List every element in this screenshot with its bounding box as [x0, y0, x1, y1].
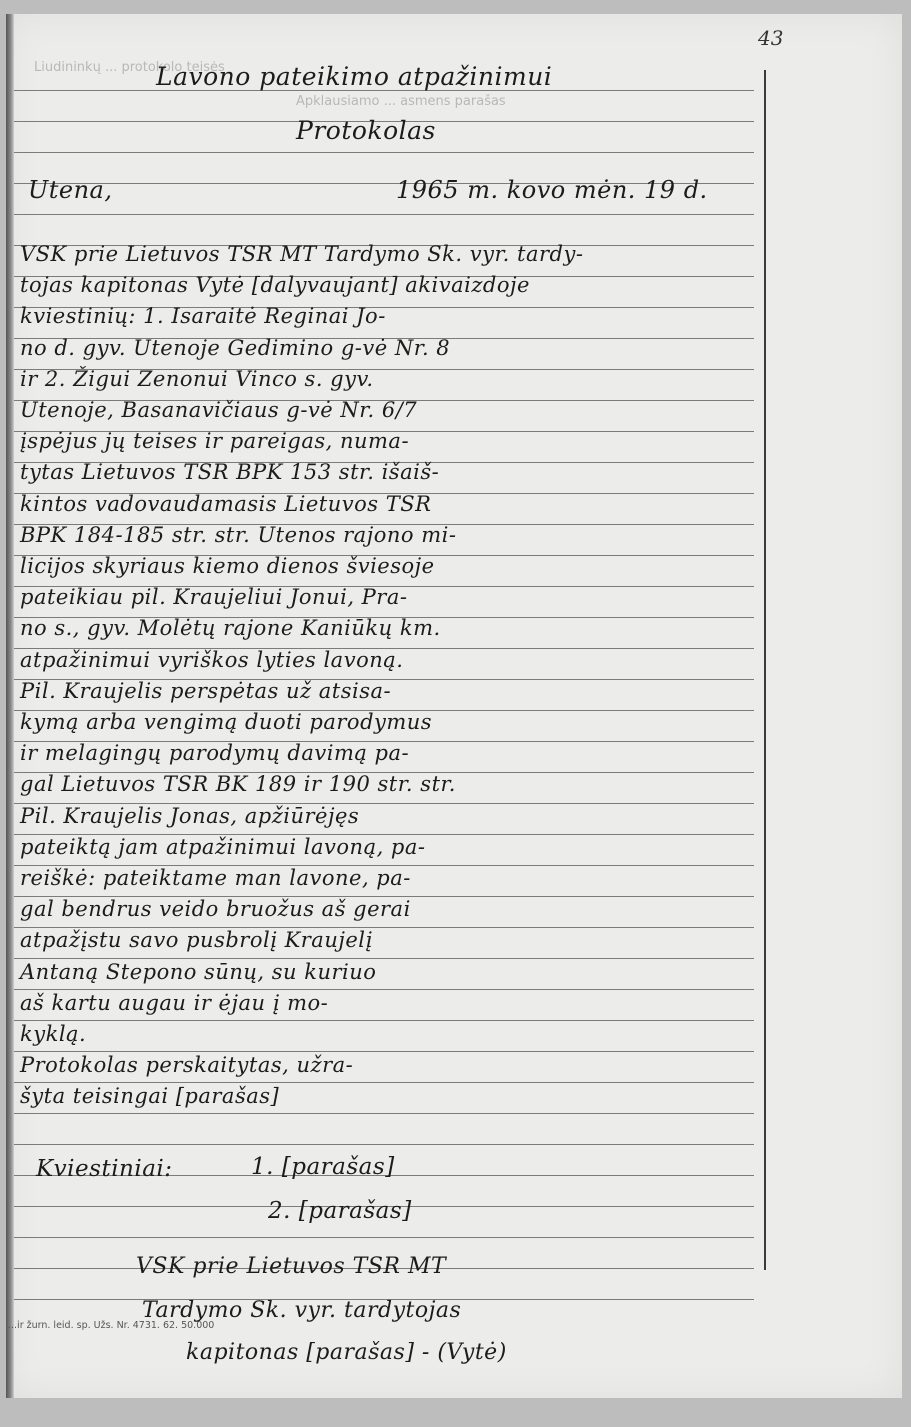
date: 1965 m. kovo mėn. 19 d.	[396, 176, 708, 204]
witnesses-label: Kviestiniai:	[36, 1156, 173, 1182]
document-subtitle: Protokolas	[296, 116, 436, 145]
protocol-line: gal Lietuvos TSR BK 189 ir 190 str. str.	[20, 772, 456, 796]
protocol-line: tytas Lietuvos TSR BPK 153 str. išaiš-	[20, 460, 439, 484]
protocol-line: reiškė: pateiktame man lavone, pa-	[20, 866, 411, 890]
protocol-line: kviestinių: 1. Isaraitė Reginai Jo-	[20, 304, 386, 328]
protocol-line: kyklą.	[20, 1022, 86, 1046]
protocol-line: no d. gyv. Utenoje Gedimino g-vė Nr. 8	[20, 336, 450, 360]
faded-printed-text: Apklausiamo ... asmens parašas	[296, 94, 506, 109]
protocol-line: kintos vadovaudamasis Lietuvos TSR	[20, 492, 431, 516]
document-page: 43 Liudininkų ... protokolo teisės Apkla…	[6, 14, 902, 1398]
protocol-line: VSK prie Lietuvos TSR MT Tardymo Sk. vyr…	[20, 242, 583, 266]
protocol-line: atpažinimui vyriškos lyties lavoną.	[20, 648, 403, 672]
place: Utena,	[28, 176, 112, 204]
protocol-line: tojas kapitonas Vytė [dalyvaujant] akiva…	[20, 273, 530, 297]
printer-imprint: ...ir žurn. leid. sp. Užs. Nr. 4731. 62.…	[8, 1320, 214, 1331]
ruled-line	[14, 1144, 754, 1145]
document-title: Lavono pateikimo atpažinimui	[156, 62, 552, 91]
protocol-line: Antaną Stepono sūnų, su kuriuo	[20, 960, 376, 984]
protocol-line: Protokolas perskaitytas, užra-	[20, 1053, 353, 1077]
protocol-line: šyta teisingai [parašas]	[20, 1084, 279, 1108]
protocol-line: atpažįstu savo pusbrolį Kraujelį	[20, 928, 373, 952]
witness-2-signature: 2. [parašas]	[268, 1198, 412, 1224]
protocol-line: kymą arba vengimą duoti parodymus	[20, 710, 432, 734]
investigator-signature: kapitonas [parašas] - (Vytė)	[186, 1340, 507, 1365]
ruled-line	[14, 1020, 754, 1021]
signature-line-1: VSK prie Lietuvos TSR MT	[136, 1254, 446, 1279]
margin-rule	[764, 70, 766, 1270]
protocol-line: ir melagingų parodymų davimą pa-	[20, 741, 409, 765]
binding-edge	[6, 14, 14, 1398]
ruled-line	[14, 152, 754, 153]
ruled-line	[14, 1237, 754, 1238]
ruled-line	[14, 1051, 754, 1052]
protocol-line: no s., gyv. Molėtų rajone Kaniūkų km.	[20, 616, 441, 640]
protocol-line: Pil. Kraujelis perspėtas už atsisa-	[20, 679, 391, 703]
protocol-line: įspėjus jų teises ir pareigas, numa-	[20, 429, 409, 453]
protocol-line: Pil. Kraujelis Jonas, apžiūrėjęs	[20, 804, 359, 828]
page-number: 43	[758, 26, 783, 50]
witness-1-signature: 1. [parašas]	[251, 1154, 395, 1180]
protocol-line: ir 2. Žigui Zenonui Vinco s. gyv.	[20, 367, 374, 391]
ruled-line	[14, 1082, 754, 1083]
protocol-line: licijos skyriaus kiemo dienos šviesoje	[20, 554, 435, 578]
protocol-line: pateikiau pil. Kraujeliui Jonui, Pra-	[20, 585, 407, 609]
protocol-line: pateiktą jam atpažinimui lavoną, pa-	[20, 835, 426, 859]
protocol-line: BPK 184-185 str. str. Utenos rajono mi-	[20, 523, 456, 547]
protocol-line: gal bendrus veido bruožus aš gerai	[20, 897, 411, 921]
ruled-line	[14, 214, 754, 215]
protocol-line: Utenoje, Basanavičiaus g-vė Nr. 6/7	[20, 398, 417, 422]
protocol-line: aš kartu augau ir ėjau į mo-	[20, 991, 328, 1015]
ruled-line	[14, 1113, 754, 1114]
